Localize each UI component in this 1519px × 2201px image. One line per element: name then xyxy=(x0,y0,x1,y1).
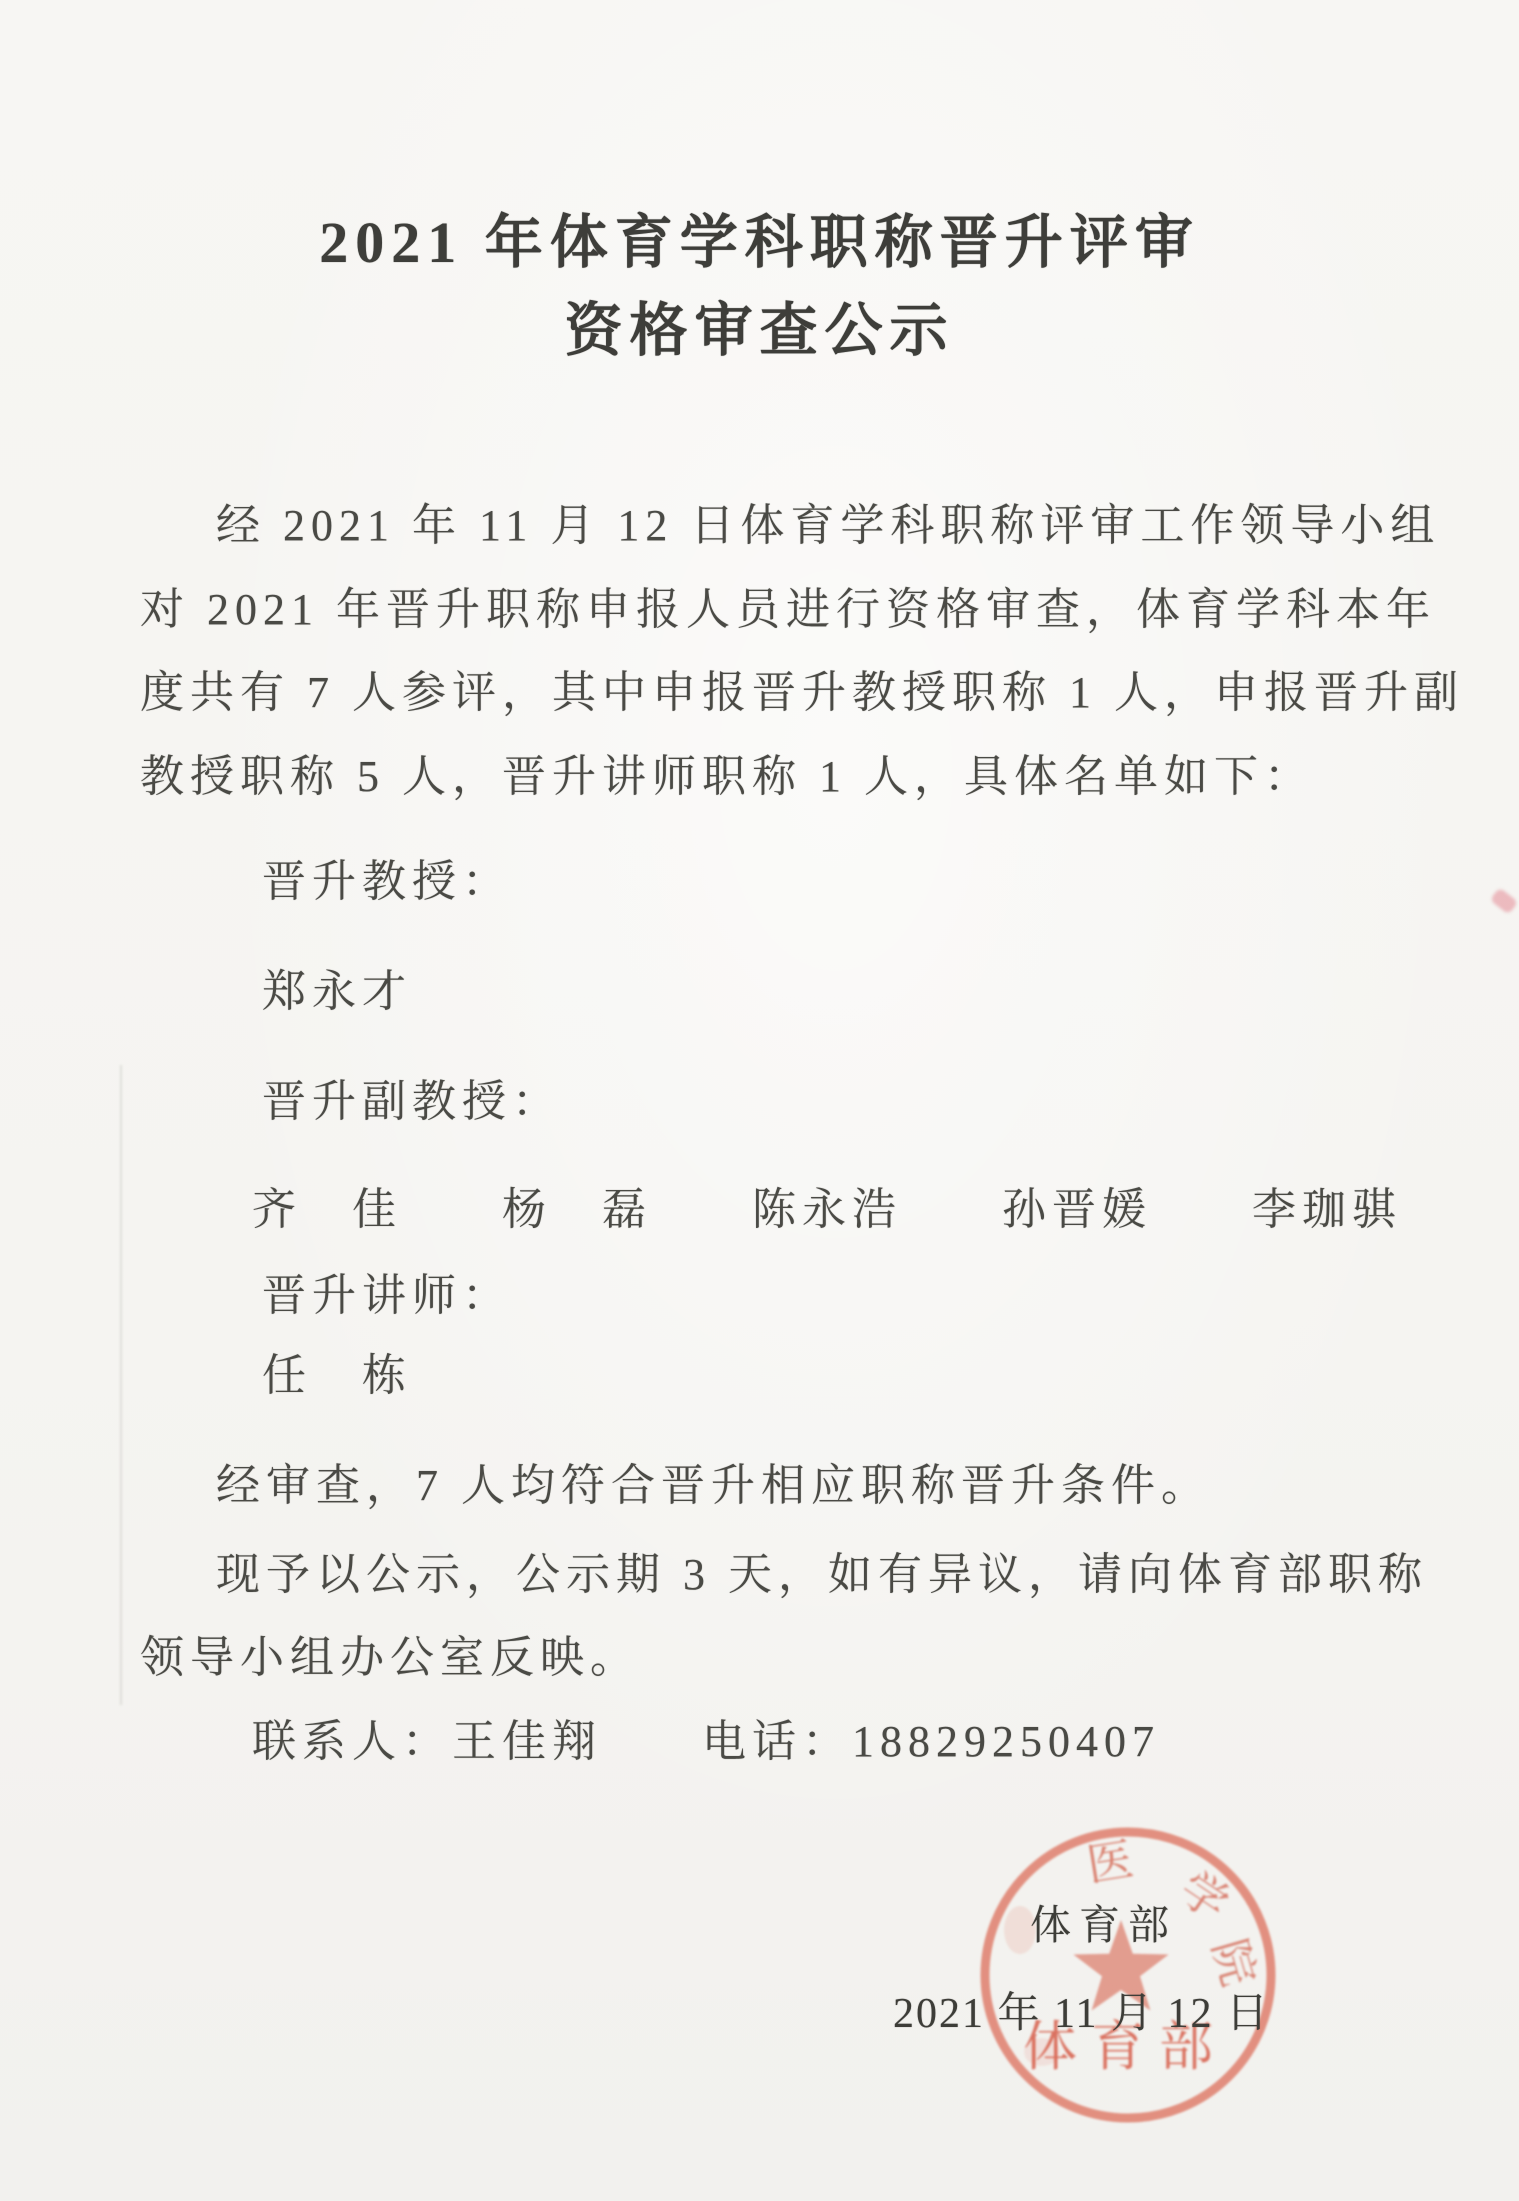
closing-line: 现予以公示，公示期 3 天，如有异议，请向体育部职称 xyxy=(216,1545,1428,1605)
official-seal: 医 学 院 体育部 xyxy=(972,1822,1282,2132)
contact-line: 联系人：王佳翔 电话：18829250407 xyxy=(252,1712,1160,1772)
paragraph-line: 度共有 7 人参评，其中申报晋升教授职称 1 人，申报晋升副 xyxy=(140,663,1464,723)
paragraph-line: 对 2021 年晋升职称申报人员进行资格审查，体育学科本年 xyxy=(140,580,1436,640)
seal-arc-char: 医 xyxy=(1083,1834,1136,1892)
signature-date: 2021 年 11 月 12 日 xyxy=(893,1980,1270,2040)
section-label-professor: 晋升教授： xyxy=(262,852,512,912)
department-signature: 体育部 xyxy=(1030,1892,1177,1951)
scan-fold-line xyxy=(120,1065,122,1705)
lecturer-name-list: 任 栋 xyxy=(262,1346,412,1406)
associate-professor-name-list: 齐 佳 杨 磊 陈永浩 孙晋媛 李珈骐 xyxy=(252,1180,1402,1240)
closing-line: 经审查，7 人均符合晋升相应职称晋升条件。 xyxy=(216,1456,1211,1516)
section-label-associate-professor: 晋升副教授： xyxy=(262,1072,562,1132)
document-title-line-2: 资格审查公示 xyxy=(0,292,1519,370)
closing-line: 领导小组办公室反映。 xyxy=(140,1628,640,1688)
professor-name-list: 郑永才 xyxy=(262,962,412,1022)
scanned-document-page: 2021 年体育学科职称晋升评审 资格审查公示 经 2021 年 11 月 12… xyxy=(0,0,1519,2201)
paragraph-line: 经 2021 年 11 月 12 日体育学科职称评审工作领导小组 xyxy=(216,496,1440,556)
section-label-lecturer: 晋升讲师： xyxy=(262,1266,512,1326)
paragraph-line: 教授职称 5 人，晋升讲师职称 1 人，具体名单如下： xyxy=(140,747,1314,807)
document-title-line-1: 2021 年体育学科职称晋升评审 xyxy=(0,204,1519,282)
red-margin-mark xyxy=(1490,887,1519,914)
